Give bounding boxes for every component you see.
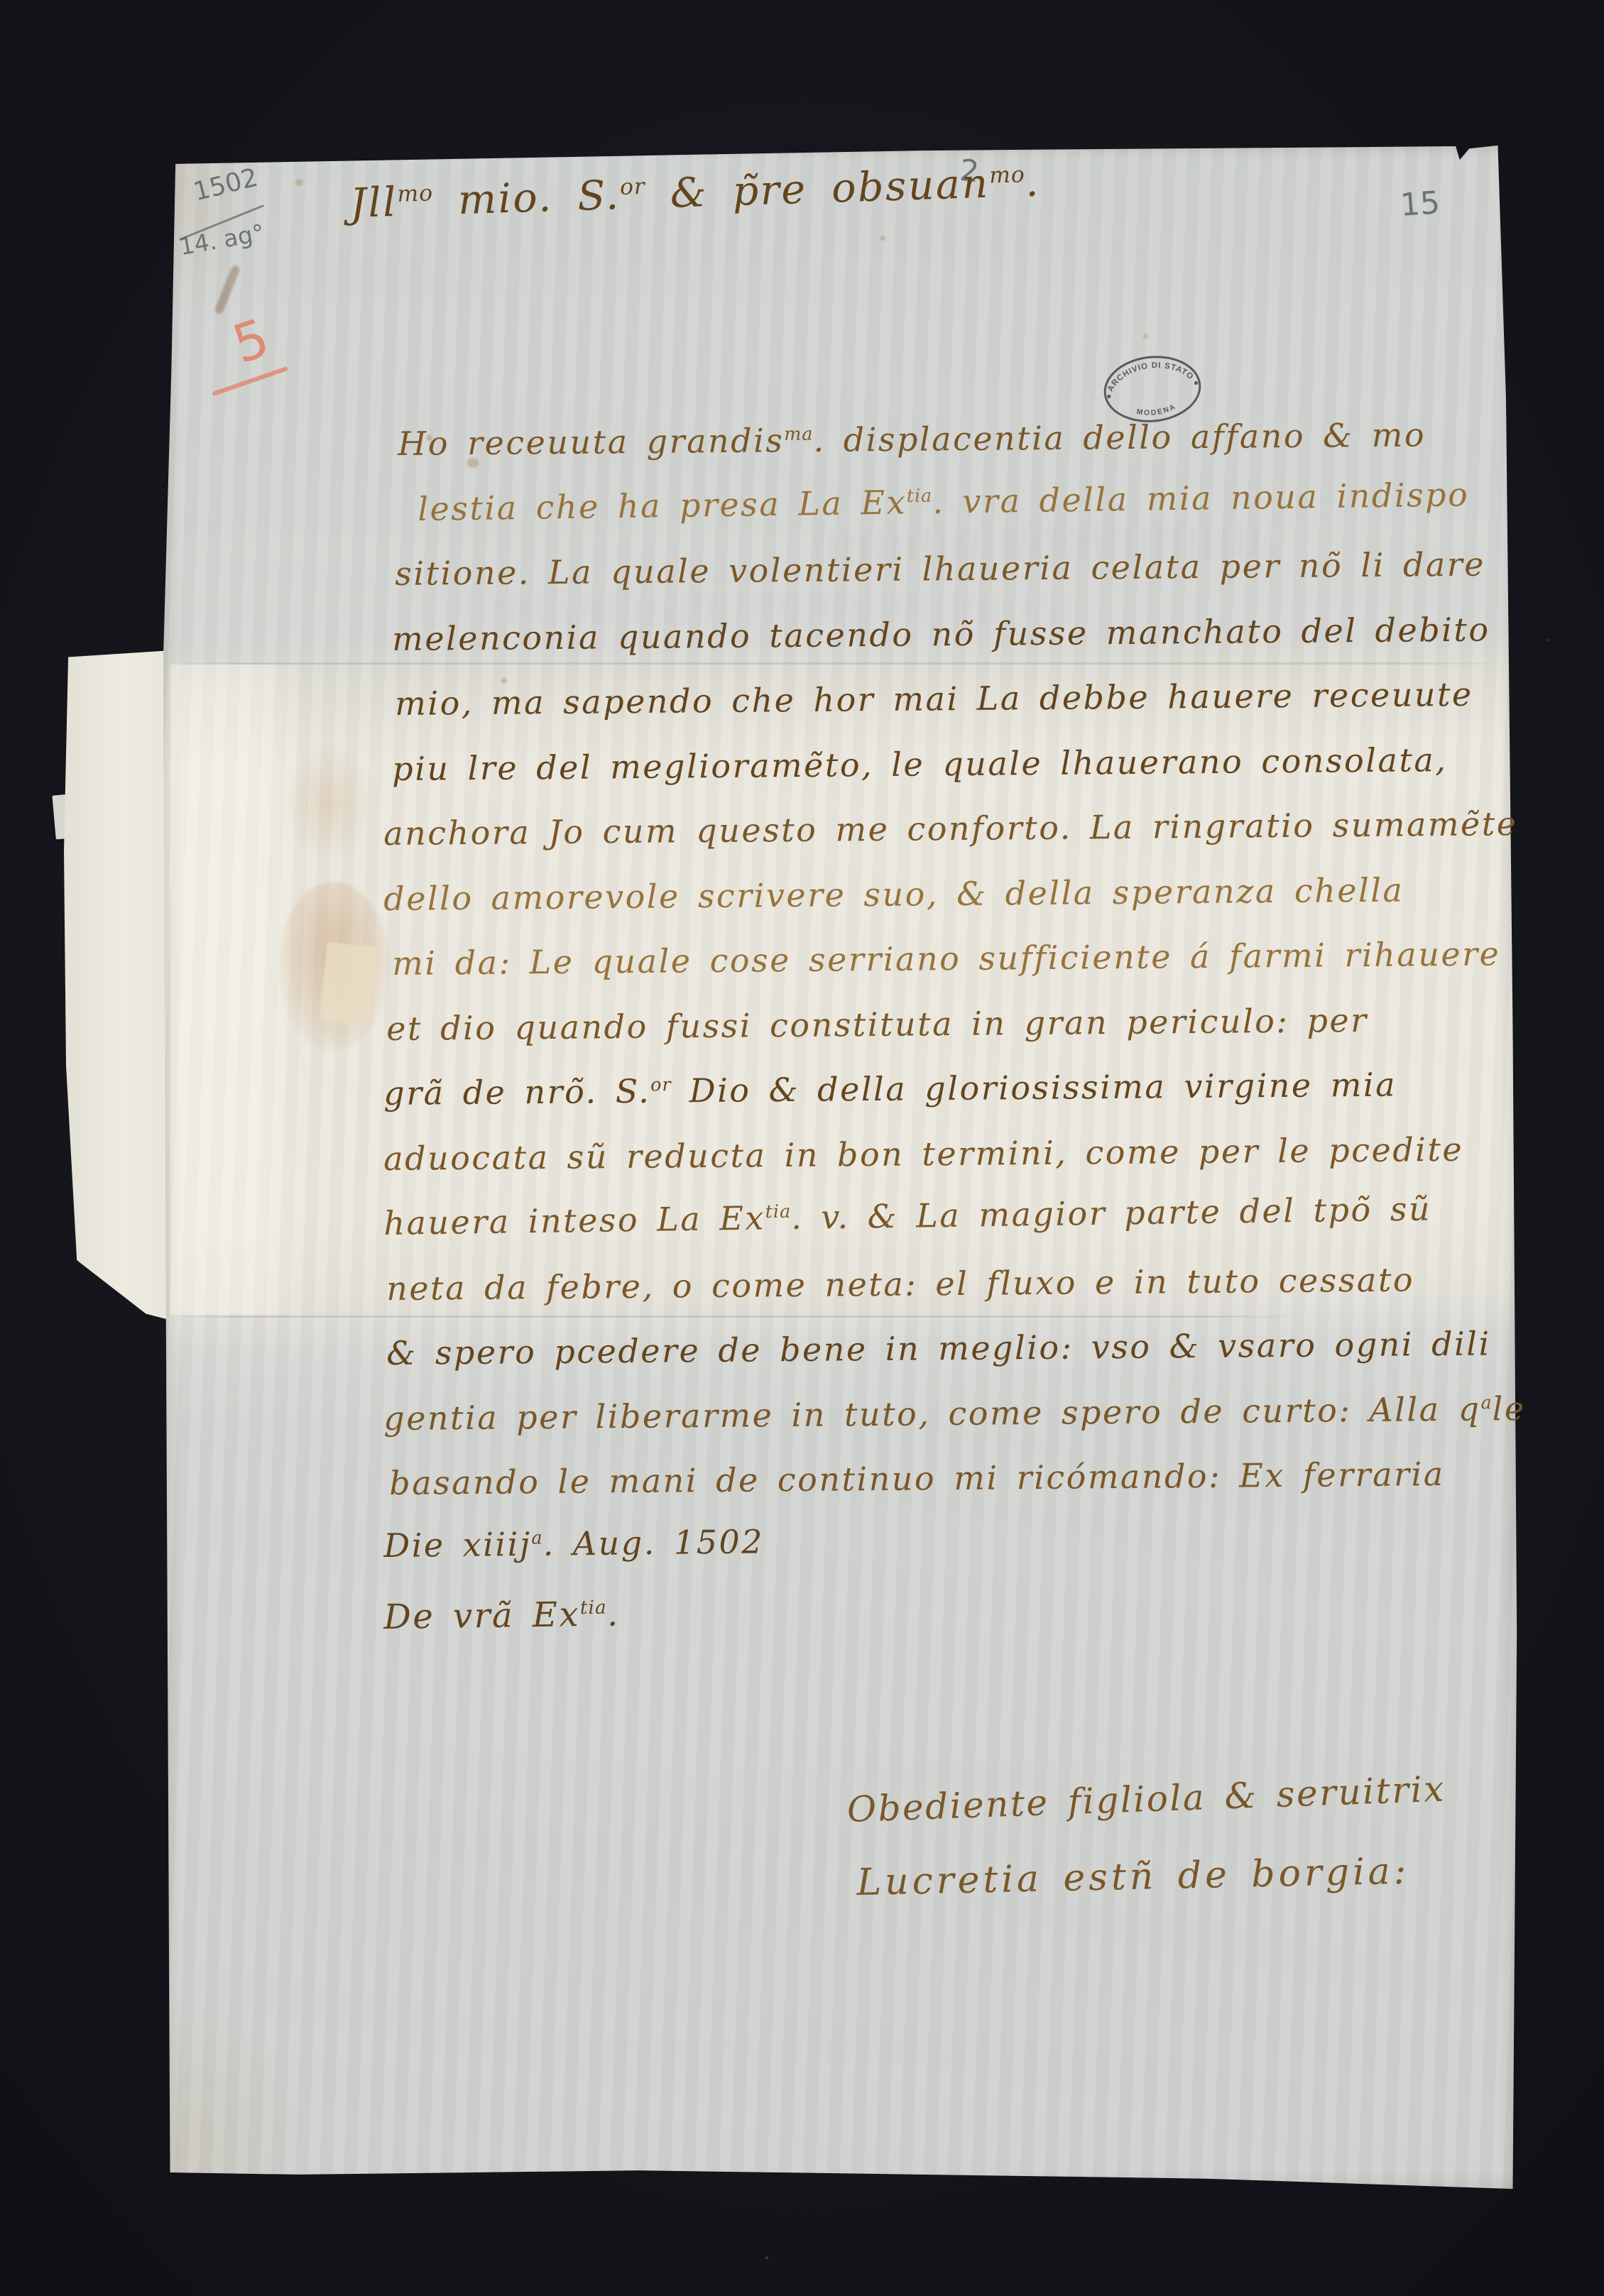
photo-background: ARCHIVIO DI STATO MODENA 1502 14. ag° 5 …: [0, 0, 1604, 2296]
manuscript-line-10: et dio quando fussi constituta in gran p…: [386, 1001, 1368, 1048]
manuscript-line-8: dello amorevole scrivere suo, & della sp…: [383, 870, 1404, 918]
manuscript-text-layer: Jllmo mio. S.or & p̃re obsuanmo.Ho receu…: [0, 0, 1604, 2296]
manuscript-line-14: neta da febre, o come neta: el fluxo e i…: [386, 1260, 1414, 1308]
manuscript-line-13: hauera inteso La Extia. v. & La magior p…: [383, 1189, 1431, 1242]
dateline: Die xiiija. Aug. 1502: [383, 1522, 764, 1565]
manuscript-line-6: piu lre del meglioramẽto, le quale lhaue…: [392, 740, 1448, 788]
manuscript-line-11: grã de nrõ. S.or Dio & della gloriosissi…: [383, 1066, 1397, 1113]
manuscript-line-9: mi da: Le quale cose serriano sufficient…: [392, 934, 1501, 983]
salutation-line: Jllmo mio. S.or & p̃re obsuanmo.: [349, 158, 1041, 227]
manuscript-line-2: lestia che ha presa La Extia. vra della …: [418, 475, 1470, 528]
manuscript-line-1: Ho receuuta grandisma. displacentia dell…: [398, 415, 1426, 463]
manuscript-line-17: basando le mani de continuo mi ricómando…: [389, 1455, 1445, 1502]
manuscript-line-5: mio, ma sapendo che hor mai La debbe hau…: [395, 675, 1473, 723]
signature-line-1: Obediente figliola & seruitrix: [846, 1769, 1446, 1830]
manuscript-line-7: anchora Jo cum questo me conforto. La ri…: [383, 804, 1518, 853]
signature-line-2: Lucretia estñ de borgia:: [856, 1850, 1410, 1904]
manuscript-line-4: melenconia quando tacendo nõ fusse manch…: [392, 611, 1490, 658]
valediction: De vrã Extia.: [383, 1594, 620, 1637]
manuscript-line-16: gentia per liberarme in tuto, come spero…: [383, 1389, 1526, 1438]
manuscript-line-15: & spero pcedere de bene in meglio: vso &…: [386, 1324, 1491, 1372]
manuscript-line-3: sitione. La quale volentieri lhaueria ce…: [395, 545, 1485, 593]
manuscript-line-12: aduocata sũ reducta in bon termini, come…: [383, 1130, 1463, 1178]
